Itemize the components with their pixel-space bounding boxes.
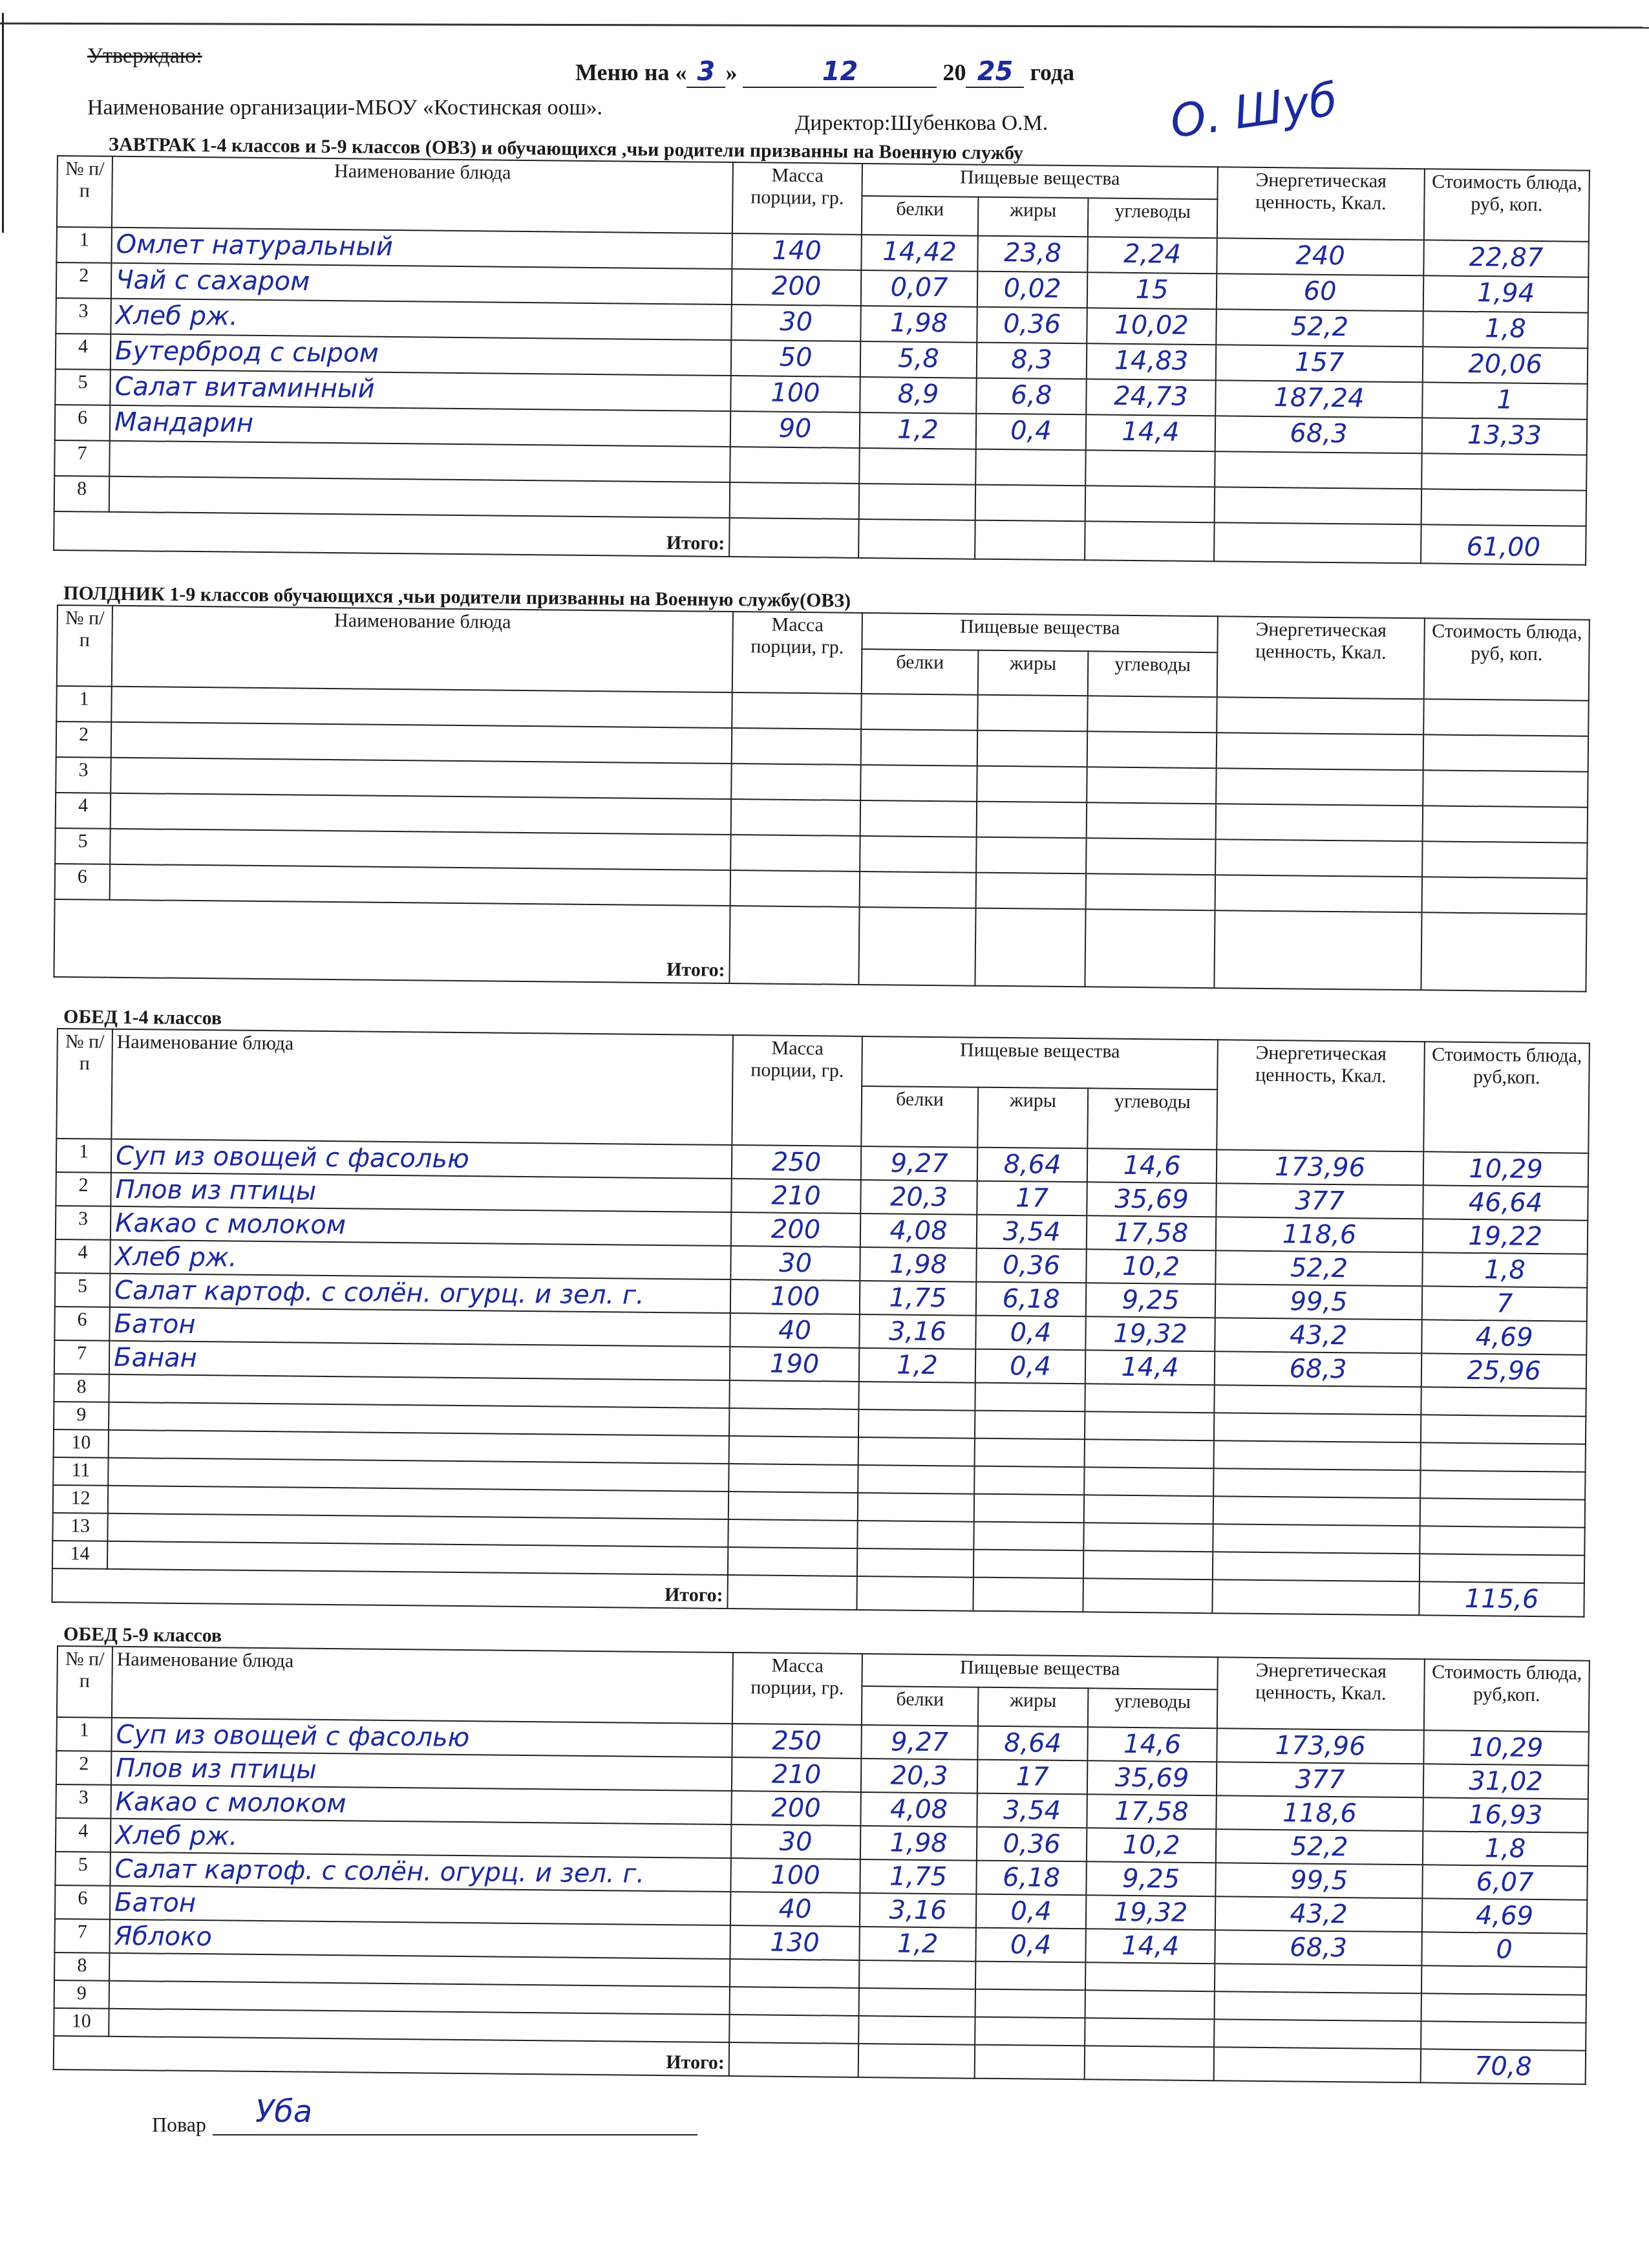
cell-fat: 0,36 (977, 1827, 1087, 1862)
cell-mass: 210 (731, 1179, 860, 1214)
col-carbs: углеводы (1087, 1088, 1217, 1150)
cell-protein (858, 2016, 975, 2045)
dish-name (110, 829, 730, 870)
cell-protein (860, 836, 977, 873)
row-number: 4 (56, 1818, 111, 1852)
col-nutrients: Пищевые вещества (862, 1036, 1218, 1089)
cell-mass (730, 482, 860, 519)
cell-carbs (1084, 1495, 1213, 1524)
col-num: № п/п (57, 1646, 112, 1718)
cell-cost: 46,64 (1423, 1185, 1588, 1220)
cell-cost: 10,29 (1423, 1151, 1588, 1186)
cell-cost: 10,29 (1423, 1730, 1588, 1765)
total-cost: 61,00 (1421, 524, 1586, 564)
cell-cost: 7 (1422, 1286, 1587, 1321)
cell-cost (1422, 841, 1588, 878)
row-number: 4 (55, 1239, 110, 1274)
row-number: 8 (54, 1374, 109, 1402)
row-number: 2 (56, 1172, 111, 1206)
cell-mass: 130 (730, 1925, 859, 1960)
col-dish: Наименование блюда (111, 1029, 733, 1145)
cell-cost (1421, 1442, 1586, 1471)
row-number: 4 (56, 793, 111, 829)
total-cost: 70,8 (1421, 2049, 1586, 2084)
cell-energy: 118,6 (1216, 1217, 1423, 1252)
cell-energy: 52,2 (1216, 309, 1423, 347)
dish-name: Плов из птицы (111, 1751, 732, 1791)
row-number: 1 (56, 1139, 111, 1173)
scan-edge-left (2, 13, 4, 233)
cell-protein (860, 872, 977, 908)
cell-carbs (1083, 1523, 1213, 1552)
cell-protein (858, 1437, 975, 1466)
cell-fat (975, 1411, 1085, 1440)
menu-table: № п/пНаименование блюдаМасса порции, гр.… (53, 155, 1590, 566)
dish-name: Какао с молоком (111, 1206, 731, 1246)
cell-cost (1421, 1415, 1586, 1444)
cell-energy: 52,2 (1216, 1829, 1423, 1865)
menu-table: № п/пНаименование блюдаМасса порции, гр.… (51, 1028, 1590, 1618)
cell-protein (859, 1988, 975, 2017)
cell-carbs: 14,4 (1086, 414, 1216, 451)
row-number: 4 (56, 334, 111, 370)
section-title: ОБЕД 5-9 классов (63, 1623, 222, 1647)
col-protein: белки (862, 1685, 979, 1726)
cell-carbs (1086, 873, 1216, 910)
cell-carbs: 14,6 (1087, 1727, 1217, 1762)
row-number: 5 (55, 1852, 110, 1886)
cell-carbs: 10,02 (1087, 308, 1217, 345)
cell-energy: 173,96 (1217, 1728, 1423, 1764)
cell-fat (975, 1383, 1085, 1412)
col-num: № п/п (57, 156, 112, 228)
row-number: 8 (54, 1952, 109, 1981)
cell-mass (730, 835, 860, 872)
cell-mass: 100 (730, 376, 860, 412)
dish-name: Салат картоф. с солён. огурц. и зел. г. (110, 1274, 730, 1313)
cell-protein (859, 484, 976, 520)
col-carbs: углеводы (1088, 198, 1218, 238)
row-number: 6 (55, 1885, 110, 1920)
section-lunch-1-4: ОБЕД 1-4 классов№ п/пНаименование блюдаМ… (51, 1028, 1588, 1618)
col-energy: Энергетическая ценность, Ккал. (1217, 1040, 1425, 1151)
dish-name: Суп из овощей с фасолью (111, 1139, 732, 1179)
row-number: 11 (53, 1457, 108, 1486)
cell-energy: 68,3 (1215, 1351, 1421, 1387)
cell-cost: 25,96 (1421, 1353, 1586, 1388)
cell-mass: 30 (731, 1824, 860, 1859)
col-energy: Энергетическая ценность, Ккал. (1217, 1657, 1425, 1730)
cell-protein: 14,42 (861, 235, 978, 272)
cell-energy (1215, 875, 1423, 912)
row-number: 2 (56, 262, 112, 299)
cell-fat (977, 766, 1087, 803)
cell-mass: 200 (731, 1791, 860, 1826)
cell-carbs (1087, 767, 1217, 804)
cell-mass: 30 (731, 305, 861, 341)
dish-name: Плов из птицы (111, 1173, 731, 1212)
cell-fat (975, 1962, 1085, 1991)
cell-carbs: 17,58 (1087, 1215, 1217, 1250)
col-protein: белки (862, 649, 979, 694)
cell-carbs (1087, 696, 1217, 733)
cell-fat (973, 1550, 1083, 1579)
cell-carbs (1084, 1467, 1213, 1496)
cell-cost (1423, 770, 1588, 807)
cell-energy (1216, 804, 1423, 841)
dish-name (109, 441, 730, 482)
cell-protein (861, 729, 978, 766)
cell-cost: 1,94 (1423, 275, 1589, 312)
cell-cost (1420, 1498, 1585, 1527)
cell-carbs: 14,4 (1085, 1929, 1215, 1963)
row-number: 6 (55, 864, 111, 900)
cell-carbs (1085, 486, 1215, 522)
cell-mass: 40 (730, 1892, 860, 1927)
cell-energy: 99,5 (1215, 1863, 1422, 1898)
cell-protein: 9,27 (861, 1146, 977, 1181)
cell-energy (1216, 768, 1423, 806)
cell-carbs (1085, 1384, 1214, 1413)
row-number: 2 (56, 1751, 111, 1785)
cell-protein (857, 1521, 973, 1550)
cell-energy: 68,3 (1215, 1930, 1421, 1965)
cell-carbs: 9,25 (1086, 1861, 1216, 1896)
cell-mass (729, 1380, 858, 1409)
col-cost: Стоимость блюда, руб,коп. (1423, 1042, 1590, 1153)
cell-protein: 1,2 (859, 1927, 975, 1962)
cell-energy (1214, 1385, 1421, 1415)
menu-year: 25 (966, 57, 1024, 88)
cell-fat (975, 2017, 1085, 2046)
cell-fat (977, 731, 1088, 767)
cell-protein: 20,3 (860, 1180, 977, 1215)
cell-fat: 0,4 (975, 1316, 1085, 1351)
cell-carbs (1086, 838, 1216, 875)
cell-energy (1215, 451, 1422, 489)
dish-name: Банан (109, 1341, 730, 1380)
cell-protein: 1,98 (860, 306, 977, 343)
cell-cost (1420, 1554, 1584, 1583)
col-fat: жиры (978, 197, 1089, 237)
dish-name (111, 793, 731, 835)
cell-carbs: 24,73 (1086, 379, 1216, 416)
cell-cost (1423, 734, 1589, 771)
cell-energy: 68,3 (1215, 416, 1423, 453)
cell-energy: 187,24 (1215, 380, 1423, 418)
cell-mass: 190 (730, 1347, 859, 1382)
row-number: 1 (56, 1717, 111, 1751)
cell-fat (976, 873, 1087, 910)
header-row: № п/пНаименование блюдаМасса порции, гр.… (57, 1029, 1590, 1093)
row-number: 6 (55, 405, 111, 441)
cell-fat (974, 1494, 1084, 1523)
cook-signature-block: Повар Уба (152, 2113, 697, 2137)
cell-mass (729, 1408, 858, 1437)
cell-carbs (1085, 1962, 1215, 1991)
cell-energy (1214, 1413, 1421, 1442)
row-number: 2 (56, 722, 112, 758)
row-number: 7 (54, 1340, 109, 1375)
cell-fat (973, 1522, 1083, 1551)
cell-protein: 1,98 (860, 1826, 977, 1861)
row-number: 3 (56, 757, 111, 793)
row-number: 6 (54, 1307, 109, 1341)
cell-carbs (1085, 2018, 1214, 2047)
row-number: 9 (54, 1402, 109, 1430)
cell-energy (1215, 1991, 1421, 2021)
row-number: 9 (54, 1980, 109, 2009)
cell-protein: 1,98 (860, 1247, 976, 1282)
cell-fat: 0,4 (976, 414, 1087, 451)
dish-name: Салат витаминный (110, 370, 730, 411)
menu-month: 12 (743, 57, 937, 88)
cell-fat: 23,8 (977, 236, 1088, 273)
col-protein: белки (861, 1086, 978, 1147)
cell-protein (861, 694, 978, 731)
cell-mass: 30 (730, 1246, 860, 1281)
col-fat: жиры (978, 650, 1089, 696)
cell-protein (860, 765, 977, 802)
cell-mass (732, 728, 862, 765)
cell-fat: 17 (977, 1181, 1087, 1216)
header-row: № п/пНаименование блюдаМасса порции, гр.… (58, 156, 1590, 202)
dish-name: Бутерброд с сыром (111, 334, 731, 376)
organization-name: Наименование организации-МБОУ «Костинска… (87, 96, 602, 120)
section-breakfast: ЗАВТРАК 1-4 классов и 5-9 классов (ОВЗ) … (53, 155, 1589, 566)
col-cost: Стоимость блюда, руб,коп. (1424, 1659, 1590, 1731)
cell-carbs (1083, 1550, 1213, 1579)
col-carbs: углеводы (1088, 1688, 1218, 1728)
cell-protein (858, 1382, 975, 1411)
row-number: 14 (52, 1541, 107, 1569)
dish-name: Батон (109, 1307, 730, 1347)
cook-signature-line (213, 2134, 697, 2135)
header-row: № п/пНаименование блюдаМасса порции, гр.… (58, 1646, 1590, 1693)
cell-energy (1213, 1496, 1420, 1526)
menu-date: Меню на «3» 12 2025 года (575, 57, 1074, 88)
col-fat: жиры (977, 1087, 1088, 1148)
cell-carbs (1087, 802, 1217, 839)
cell-fat (975, 1439, 1085, 1468)
cell-fat: 6,18 (976, 1282, 1086, 1317)
row-number: 1 (56, 227, 112, 263)
cell-cost (1421, 1993, 1586, 2022)
cell-cost: 4,69 (1422, 1898, 1587, 1933)
cell-fat (975, 485, 1086, 522)
col-nutrients: Пищевые вещества (862, 1654, 1217, 1689)
cell-fat: 0,4 (975, 1349, 1085, 1384)
cell-cost (1421, 2021, 1586, 2050)
dish-name: Батон (110, 1886, 730, 1925)
total-label: Итого: (109, 900, 730, 983)
cell-mass: 210 (732, 1757, 861, 1792)
cell-mass (728, 1547, 857, 1576)
row-number: 8 (54, 476, 110, 512)
cell-protein: 1,2 (860, 412, 977, 449)
cell-cost (1420, 1470, 1585, 1499)
col-mass: Масса порции, гр. (732, 162, 862, 235)
cell-energy: 157 (1216, 345, 1423, 382)
total-label: Итого: (109, 2037, 729, 2076)
dish-name: Какао с молоком (111, 1785, 731, 1824)
dish-name: Хлеб рж. (110, 1240, 730, 1279)
cell-mass (729, 1464, 858, 1493)
col-carbs: углеводы (1088, 652, 1218, 698)
cell-carbs: 14,6 (1087, 1148, 1217, 1183)
cell-carbs: 10,2 (1087, 1828, 1217, 1863)
cell-mass: 90 (730, 411, 860, 448)
cell-energy: 377 (1216, 1183, 1423, 1219)
total-cost (1421, 912, 1586, 991)
cell-protein (860, 800, 977, 837)
row-number: 10 (54, 1429, 109, 1458)
cell-fat (977, 695, 1088, 732)
cell-protein (858, 1465, 974, 1494)
cell-protein: 1,75 (860, 1859, 976, 1894)
cell-cost: 13,33 (1422, 418, 1588, 455)
cell-protein: 5,8 (860, 341, 977, 378)
cell-fat (977, 802, 1087, 839)
cell-mass (730, 1987, 859, 2016)
cell-mass (729, 1436, 858, 1465)
cell-cost: 1,8 (1423, 311, 1588, 348)
cell-fat: 17 (977, 1760, 1087, 1795)
cell-mass (728, 1519, 857, 1548)
cell-protein: 1,75 (860, 1281, 976, 1316)
dish-name: Яблоко (109, 1920, 730, 1959)
menu-table: № п/пНаименование блюдаМасса порции, гр.… (53, 1645, 1590, 2085)
cell-mass (730, 870, 860, 907)
cell-protein (858, 1409, 975, 1439)
cell-cost: 6,07 (1422, 1865, 1587, 1899)
dish-name: Чай с сахаром (111, 263, 732, 305)
row-number: 5 (55, 369, 111, 405)
dish-name: Хлеб рж. (111, 299, 731, 340)
cell-carbs: 2,24 (1087, 237, 1217, 273)
cell-protein (858, 1493, 974, 1522)
col-cost: Стоимость блюда, руб, коп. (1424, 618, 1590, 700)
cell-mass (730, 1959, 859, 1988)
cell-energy: 377 (1217, 1762, 1423, 1797)
cell-energy (1214, 2019, 1421, 2049)
row-number: 12 (53, 1485, 108, 1514)
menu-document: Утверждаю: Меню на «3» 12 2025 года Наим… (0, 0, 1649, 2268)
cell-carbs: 9,25 (1086, 1283, 1216, 1318)
cell-energy (1217, 697, 1424, 734)
cell-cost: 20,06 (1423, 347, 1588, 383)
cell-energy: 118,6 (1216, 1795, 1423, 1831)
row-number: 10 (54, 2008, 109, 2037)
dish-name (111, 758, 731, 799)
dish-name: Мандарин (110, 405, 730, 447)
cell-cost: 31,02 (1423, 1764, 1588, 1799)
cell-carbs: 14,83 (1087, 343, 1217, 380)
cell-carbs (1087, 731, 1217, 768)
row-number: 5 (55, 1273, 110, 1307)
cell-carbs (1085, 1990, 1215, 2019)
col-num: № п/п (56, 1029, 112, 1139)
cell-fat: 3,54 (977, 1215, 1087, 1250)
cell-carbs: 15 (1087, 272, 1217, 309)
total-cost: 115,6 (1419, 1581, 1584, 1616)
cell-fat (975, 1989, 1085, 2018)
section-lunch-5-9: ОБЕД 5-9 классов№ п/пНаименование блюдаМ… (53, 1645, 1589, 2085)
cell-mass: 100 (730, 1279, 860, 1314)
director-signature: О. Шуб (1167, 72, 1341, 148)
row-number: 7 (54, 440, 110, 476)
row-number: 5 (55, 828, 111, 864)
dish-name: Суп из овощей с фасолью (111, 1718, 732, 1757)
cell-carbs: 19,32 (1086, 1895, 1216, 1930)
scan-edge (0, 23, 1649, 29)
cell-energy (1215, 1963, 1421, 1993)
cell-energy (1215, 487, 1422, 524)
cell-cost (1421, 1965, 1586, 1995)
cell-cost: 1,8 (1423, 1831, 1588, 1866)
cell-carbs (1085, 450, 1215, 487)
dish-name (111, 687, 732, 728)
cell-fat: 0,4 (976, 1894, 1086, 1929)
cell-cost: 0 (1421, 1932, 1586, 1967)
approve-label: Утверждаю: (87, 44, 202, 69)
cell-mass: 50 (731, 340, 861, 377)
cell-cost (1421, 489, 1587, 526)
cell-protein: 4,08 (860, 1792, 977, 1827)
cell-protein (859, 448, 976, 485)
cell-mass: 40 (730, 1313, 859, 1348)
cell-mass: 250 (732, 1145, 861, 1180)
dish-name: Омлет натуральный (111, 228, 732, 269)
cell-protein: 9,27 (861, 1725, 977, 1760)
cell-cost: 19,22 (1423, 1219, 1588, 1254)
cell-fat: 0,36 (977, 307, 1087, 344)
cell-fat: 6,18 (976, 1861, 1086, 1896)
cell-protein: 0,07 (861, 270, 978, 307)
total-label: Итого: (109, 512, 730, 557)
cell-protein: 20,3 (861, 1759, 977, 1793)
row-number: 1 (56, 686, 112, 722)
cell-energy: 240 (1217, 238, 1424, 275)
cell-carbs (1085, 1411, 1214, 1440)
cell-fat: 3,54 (977, 1793, 1087, 1828)
header-row: № п/пНаименование блюдаМасса порции, гр.… (57, 605, 1589, 656)
cell-carbs: 14,4 (1085, 1350, 1215, 1385)
cell-mass (732, 692, 862, 729)
cell-cost (1423, 699, 1589, 736)
row-number: 3 (56, 1784, 111, 1819)
cell-cost (1423, 806, 1588, 842)
cell-cost (1420, 1526, 1584, 1555)
cell-energy (1214, 1440, 1421, 1470)
cell-cost (1422, 877, 1588, 914)
cell-energy: 99,5 (1215, 1284, 1422, 1320)
total-row: Итого: (54, 899, 1586, 992)
col-cost: Стоимость блюда, руб, коп. (1424, 169, 1590, 241)
col-protein: белки (862, 195, 979, 235)
cell-cost (1421, 453, 1587, 490)
col-energy: Энергетическая ценность, Ккал. (1217, 616, 1425, 699)
cell-cost (1421, 1387, 1586, 1416)
cell-mass (731, 799, 861, 836)
row-number: 3 (56, 1206, 111, 1240)
cell-carbs: 17,58 (1087, 1794, 1217, 1829)
cell-fat (975, 449, 1086, 486)
cell-protein: 4,08 (860, 1214, 977, 1248)
cell-cost: 1 (1422, 382, 1588, 419)
cell-mass (729, 2015, 858, 2044)
cell-mass (731, 764, 861, 800)
